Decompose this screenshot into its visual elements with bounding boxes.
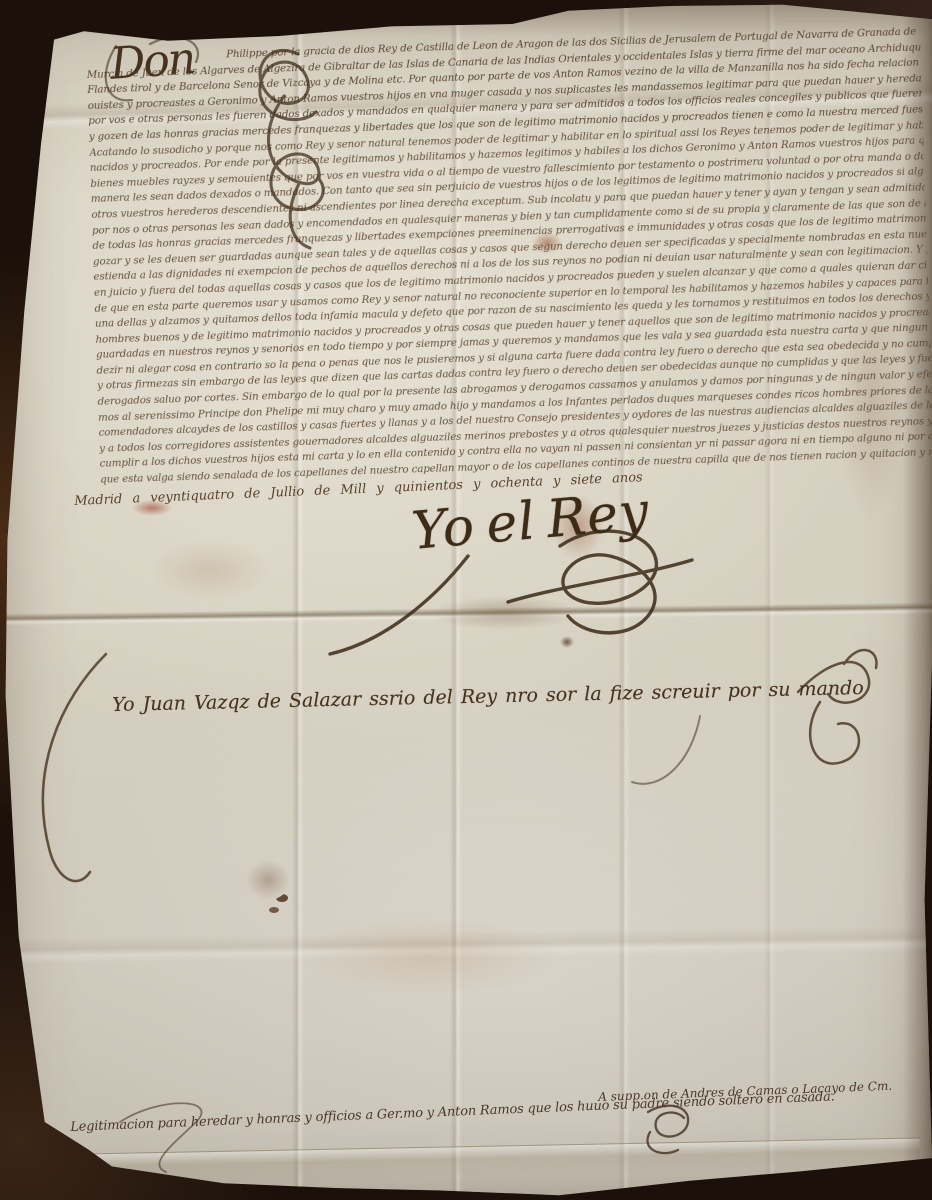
secretary-rubric-flourish [798, 650, 876, 764]
speck-stain [246, 860, 290, 900]
secretary-attestation: Yo Juan Vazqz de Salazar ssrio del Rey n… [112, 676, 912, 716]
parchment-sheet: Don Philippe por la gracia de dios Rey d… [0, 0, 932, 1200]
manuscript-body: Philippe por la gracia de dios Rey de Ca… [86, 24, 932, 488]
docket-summary: Legitimacion para heredar y honras y off… [70, 1096, 670, 1135]
fold-grime-stain [430, 596, 580, 630]
ink-dot [560, 636, 574, 648]
faint-stain [150, 540, 270, 600]
photo-backdrop: Don Philippe por la gracia de dios Rey d… [0, 0, 932, 1200]
royal-signature: Yo el Rey [409, 481, 651, 562]
bottom-fold-flap [30, 1137, 921, 1195]
secretary-descender-flourish [632, 716, 700, 784]
folio-mark: ij° [8, 1112, 27, 1132]
docket-initial-swash [120, 1103, 201, 1172]
horizontal-crease [0, 925, 932, 964]
horizontal-fold-crease [0, 602, 932, 625]
docket-knot-flourish [647, 1106, 688, 1153]
secretary-bracket-flourish [43, 654, 106, 881]
faint-stain [300, 916, 560, 996]
